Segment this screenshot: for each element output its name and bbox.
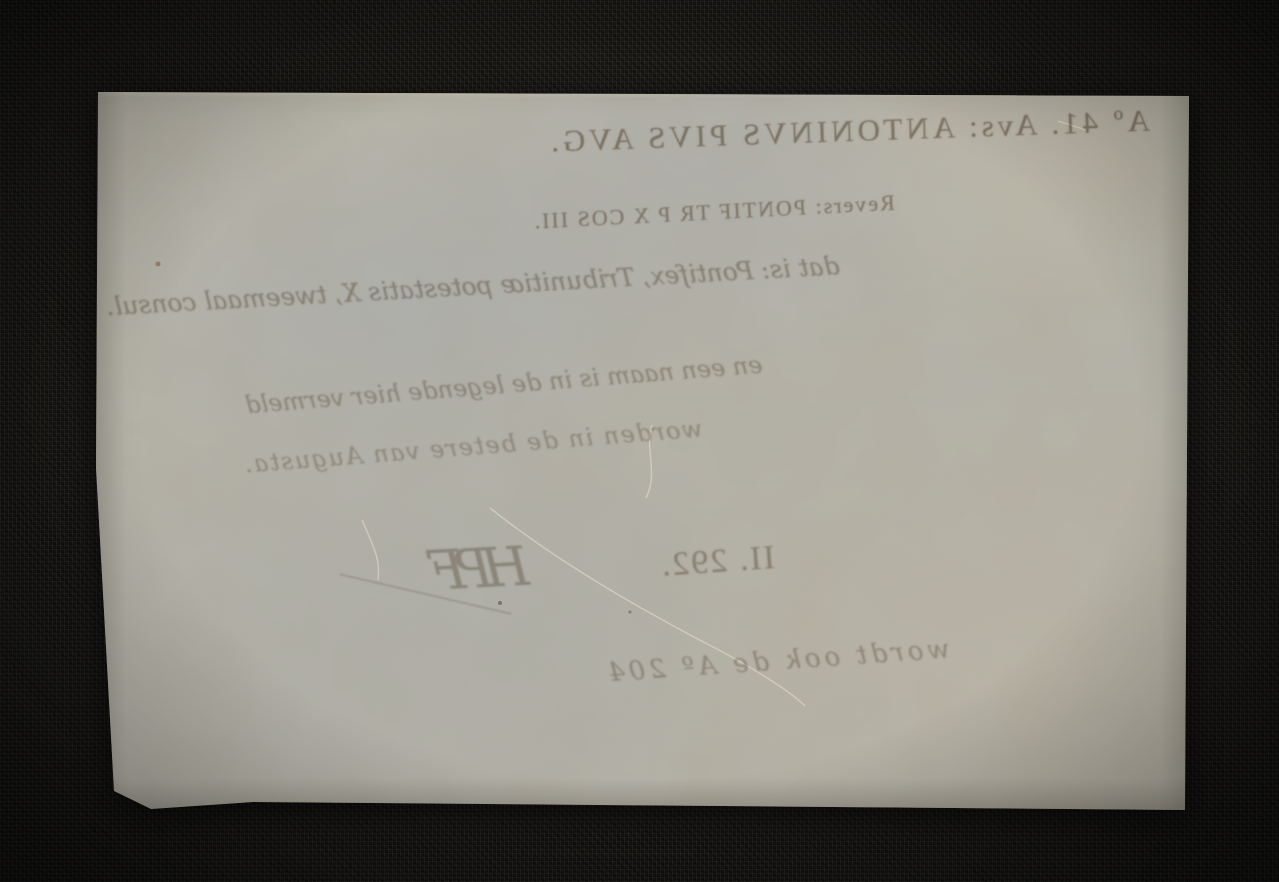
photograph-of-note: Aº 41. Avs: ANTONINVS PIVS AVG. Revers: …	[0, 0, 1279, 882]
collector-monogram: HPF	[318, 535, 533, 638]
paper-note-verso: Aº 41. Avs: ANTONINVS PIVS AVG. Revers: …	[93, 88, 1193, 815]
